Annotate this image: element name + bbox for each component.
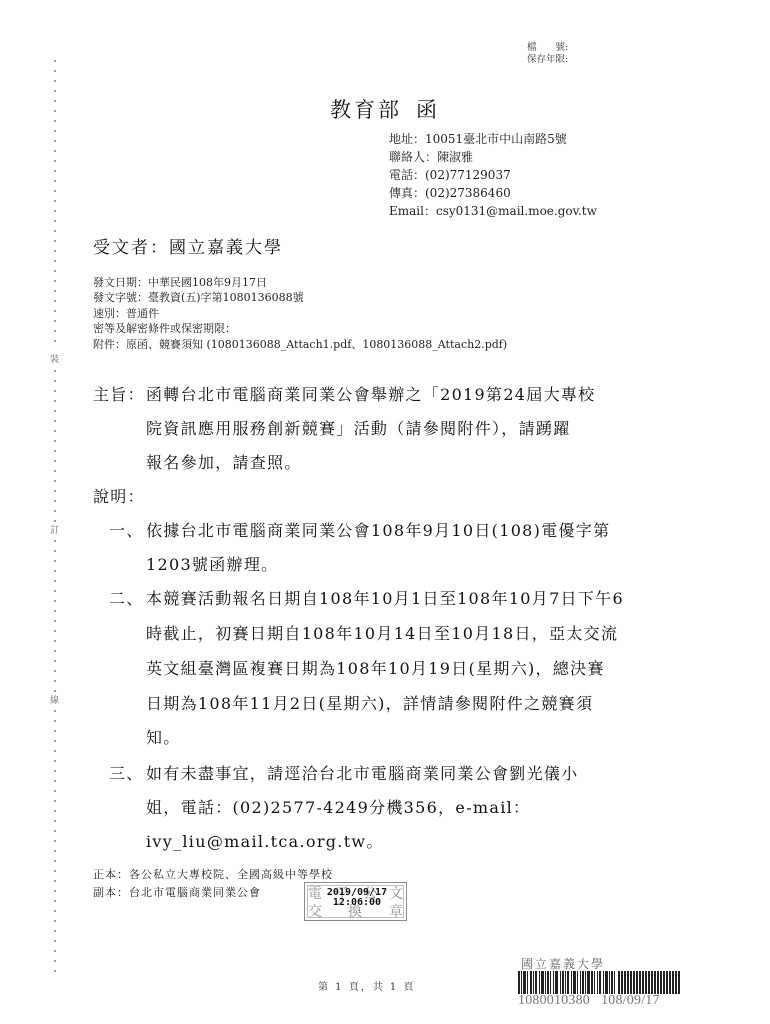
- binding-label: 裝: [50, 352, 59, 365]
- subject-label: 主旨：: [93, 382, 145, 405]
- binding-dot: [54, 560, 56, 562]
- binding-dot: [54, 190, 56, 192]
- binding-dot: [54, 210, 56, 212]
- recipient: 受文者：國立嘉義大學: [93, 233, 283, 258]
- explanation-line: 依據台北市電腦商業同業公會108年9月10日(108)電優字第: [146, 518, 610, 541]
- binding-dot: [54, 780, 56, 782]
- binding-dot: [54, 450, 56, 452]
- binding-dot: [54, 640, 56, 642]
- explanation-email-line[interactable]: ivy_liu@mail.tca.org.tw。: [146, 829, 384, 852]
- binding-dot: [54, 330, 56, 332]
- binding-dot: [54, 470, 56, 472]
- binding-dot: [54, 510, 56, 512]
- explanation-line: 日期為108年11月2日(星期六)，詳情請參閱附件之競賽須: [146, 691, 593, 714]
- binding-dot: [54, 610, 56, 612]
- contact-phone: 電話：(02)77129037: [389, 166, 597, 184]
- stamp-datetime: 2019/09/17 12:06:00: [321, 888, 393, 908]
- item-marker: 一、: [109, 518, 144, 541]
- urgency: 速別：普通件: [93, 306, 507, 321]
- binding-margin: 裝訂線: [52, 60, 60, 975]
- binding-dot: [54, 790, 56, 792]
- document-type: 函: [416, 98, 440, 122]
- contact-email: Email：csy0131@mail.moe.gov.tw: [389, 202, 597, 220]
- barcode-number: 1080010380: [518, 993, 590, 1008]
- explanation-line: 本競賽活動報名日期自108年10月1日至108年10月7日下午6: [146, 586, 624, 609]
- binding-dot: [54, 140, 56, 142]
- explanation-line: 知。: [146, 725, 181, 748]
- binding-dot: [54, 500, 56, 502]
- binding-dot: [54, 180, 56, 182]
- binding-dot: [54, 630, 56, 632]
- subject-line: 院資訊應用服務創新競賽」活動（請參閱附件），請踴躍: [146, 416, 571, 439]
- explanation-line: 姐，電話：(02)2577-4249分機356，e-mail：: [146, 795, 530, 818]
- binding-dot: [54, 390, 56, 392]
- binding-label: 線: [50, 693, 59, 706]
- binding-dot: [54, 400, 56, 402]
- binding-dot: [54, 910, 56, 912]
- binding-dot: [54, 260, 56, 262]
- binding-dot: [54, 420, 56, 422]
- binding-dot: [54, 550, 56, 552]
- binding-dot: [54, 540, 56, 542]
- sender-contact-block: 地址：10051臺北市中山南路5號 聯絡人：陳淑雅 電話：(02)7712903…: [389, 130, 597, 220]
- binding-dot: [54, 380, 56, 382]
- binding-dot: [54, 710, 56, 712]
- binding-dot: [54, 770, 56, 772]
- binding-dot: [54, 960, 56, 962]
- document-meta: 發文日期：中華民國108年9月17日 發文字號：臺教資(五)字第10801360…: [93, 275, 507, 352]
- copy-recipients: 副本：台北市電腦商業同業公會: [93, 884, 333, 902]
- original-recipients: 正本：各公私立大專校院、全國高級中等學校: [93, 866, 333, 884]
- binding-dot: [54, 120, 56, 122]
- document-number: 發文字號：臺教資(五)字第1080136088號: [93, 290, 507, 305]
- contact-fax: 傳真：(02)27386460: [389, 184, 597, 202]
- binding-dot: [54, 970, 56, 972]
- binding-dot: [54, 900, 56, 902]
- binding-dot: [54, 800, 56, 802]
- archive-info: 檔 號: 保存年限:: [527, 42, 568, 66]
- binding-dot: [54, 320, 56, 322]
- binding-dot: [54, 740, 56, 742]
- binding-dot: [54, 600, 56, 602]
- binding-dot: [54, 940, 56, 942]
- binding-dot: [54, 300, 56, 302]
- item-marker: 三、: [109, 761, 144, 784]
- binding-dot: [54, 670, 56, 672]
- binding-dot: [54, 620, 56, 622]
- page-number: 第 1 頁，共 1 頁: [318, 978, 415, 993]
- receipt-organization: 國立嘉義大學: [521, 955, 605, 972]
- barcode: [518, 971, 680, 994]
- explanation-line: 時截止，初賽日期自108年10月14日至10月18日，亞太交流: [146, 621, 618, 644]
- binding-dot: [54, 950, 56, 952]
- binding-dot: [54, 460, 56, 462]
- stamp-time: 12:06:00: [321, 898, 393, 908]
- binding-dot: [54, 760, 56, 762]
- binding-dot: [54, 370, 56, 372]
- issue-date: 發文日期：中華民國108年9月17日: [93, 275, 507, 290]
- binding-dot: [54, 150, 56, 152]
- binding-dot: [54, 410, 56, 412]
- subject-line: 函轉台北市電腦商業同業公會舉辦之「2019第24屆大專校: [146, 382, 595, 405]
- binding-dot: [54, 850, 56, 852]
- binding-dot: [54, 310, 56, 312]
- stamp-char: 電: [308, 883, 322, 903]
- binding-dot: [54, 230, 56, 232]
- explanation-line: 1203號函辦理。: [146, 552, 278, 575]
- file-number-label: 檔 號:: [527, 42, 568, 54]
- binding-dot: [54, 70, 56, 72]
- binding-dot: [54, 580, 56, 582]
- binding-dot: [54, 440, 56, 442]
- binding-dot: [54, 430, 56, 432]
- binding-dot: [54, 880, 56, 882]
- binding-dot: [54, 110, 56, 112]
- binding-dot: [54, 60, 56, 62]
- distribution-block: 正本：各公私立大專校院、全國高級中等學校 副本：台北市電腦商業同業公會: [93, 866, 333, 902]
- binding-dot: [54, 340, 56, 342]
- binding-dot: [54, 750, 56, 752]
- classification: 密等及解密條件或保密期限：: [93, 321, 507, 336]
- explanation-line: 英文組臺灣區複賽日期為108年10月19日(星期六)，總決賽: [146, 656, 605, 679]
- binding-dot: [54, 90, 56, 92]
- binding-dot: [54, 80, 56, 82]
- electronic-exchange-stamp: 電 子 公 文 交 換 章 2019/09/17 12:06:00: [304, 882, 407, 921]
- binding-dot: [54, 160, 56, 162]
- binding-dot: [54, 520, 56, 522]
- binding-label: 訂: [50, 523, 59, 536]
- retention-period-label: 保存年限:: [527, 54, 568, 66]
- binding-dot: [54, 930, 56, 932]
- binding-dot: [54, 220, 56, 222]
- binding-dot: [54, 100, 56, 102]
- binding-dot: [54, 240, 56, 242]
- binding-dot: [54, 480, 56, 482]
- binding-dot: [54, 720, 56, 722]
- subject-line: 報名參加，請查照。: [146, 450, 302, 473]
- attachments: 附件：原函、競賽須知 (1080136088_Attach1.pdf、10801…: [93, 337, 507, 352]
- binding-dot: [54, 170, 56, 172]
- document-title: 教育部函: [330, 94, 440, 124]
- binding-dot: [54, 290, 56, 292]
- binding-dot: [54, 860, 56, 862]
- barcode-text: 1080010380 108/09/17: [518, 993, 660, 1009]
- binding-dot: [54, 490, 56, 492]
- item-marker: 二、: [109, 586, 144, 609]
- binding-dot: [54, 810, 56, 812]
- binding-dot: [54, 660, 56, 662]
- sender-address: 地址：10051臺北市中山南路5號: [389, 130, 597, 148]
- explanation-line: 如有未盡事宜，請逕洽台北市電腦商業同業公會劉光儀小: [146, 761, 579, 784]
- binding-dot: [54, 920, 56, 922]
- binding-dot: [54, 830, 56, 832]
- binding-dot: [54, 820, 56, 822]
- binding-dot: [54, 870, 56, 872]
- binding-dot: [54, 590, 56, 592]
- contact-person: 聯絡人：陳淑雅: [389, 148, 597, 166]
- agency-name: 教育部: [330, 98, 402, 122]
- binding-dot: [54, 280, 56, 282]
- binding-dot: [54, 570, 56, 572]
- explanation-label: 說明：: [93, 484, 145, 507]
- binding-dot: [54, 890, 56, 892]
- stamp-char: 交: [308, 901, 322, 921]
- binding-dot: [54, 650, 56, 652]
- binding-dot: [54, 680, 56, 682]
- binding-dot: [54, 200, 56, 202]
- binding-dot: [54, 130, 56, 132]
- binding-dot: [54, 270, 56, 272]
- binding-dot: [54, 840, 56, 842]
- barcode-date: 108/09/17: [601, 993, 660, 1008]
- binding-dot: [54, 250, 56, 252]
- binding-dot: [54, 730, 56, 732]
- binding-dot: [54, 690, 56, 692]
